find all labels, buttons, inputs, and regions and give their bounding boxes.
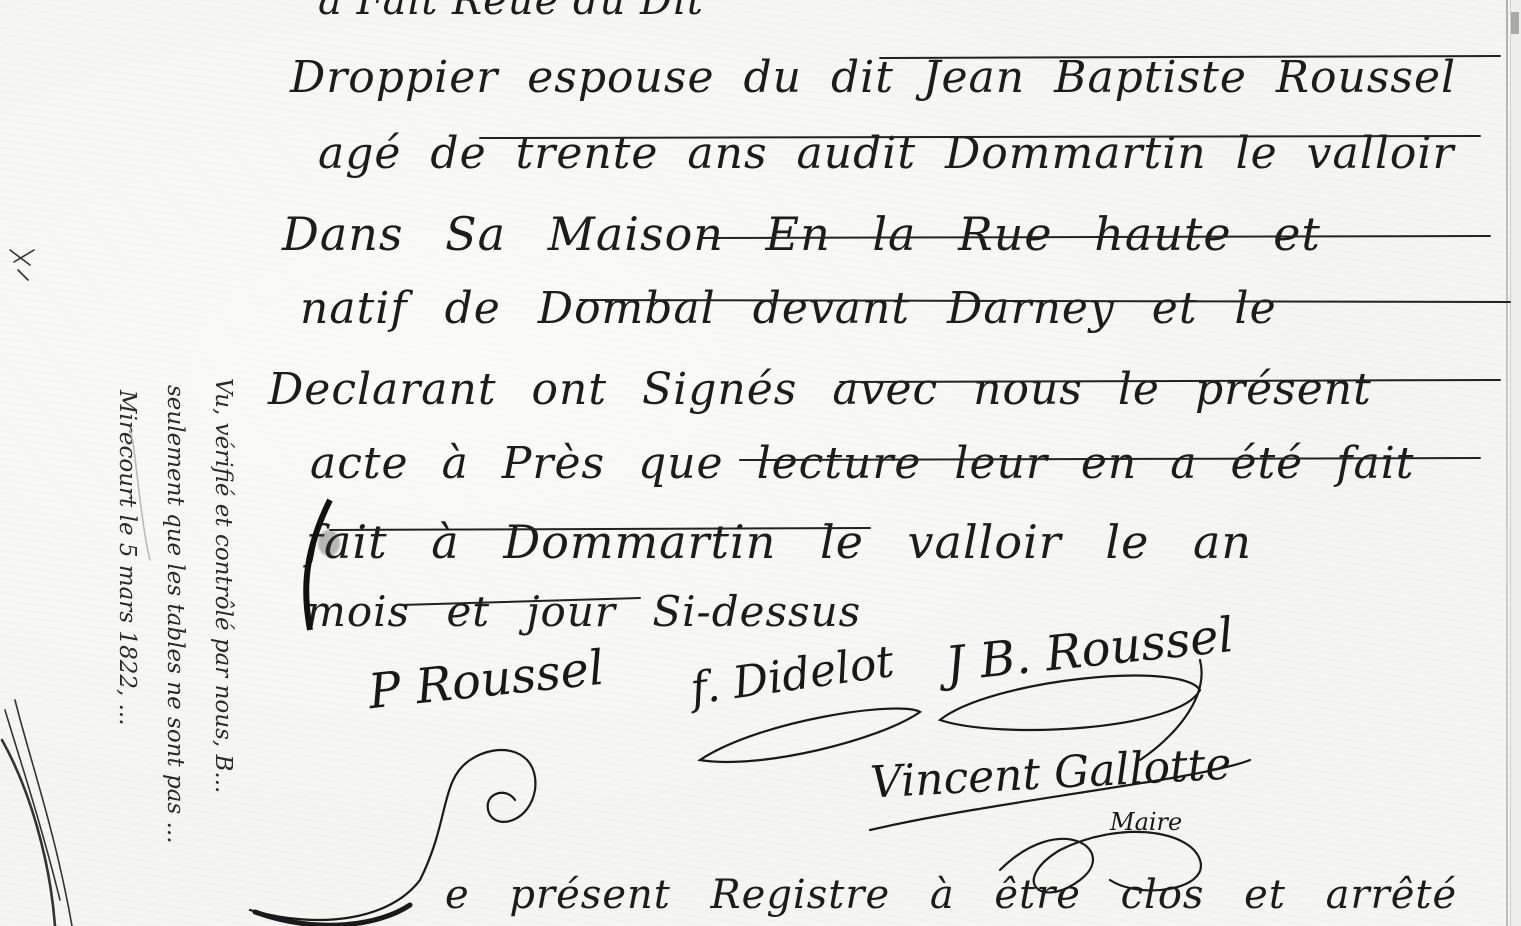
scanned-register-page: a Fait Reue du Dit Droppier espouse du d… (0, 0, 1521, 926)
margin-scribbles (0, 0, 280, 926)
closing-line: e présent Registre à être clos et arrêté (445, 872, 1457, 918)
